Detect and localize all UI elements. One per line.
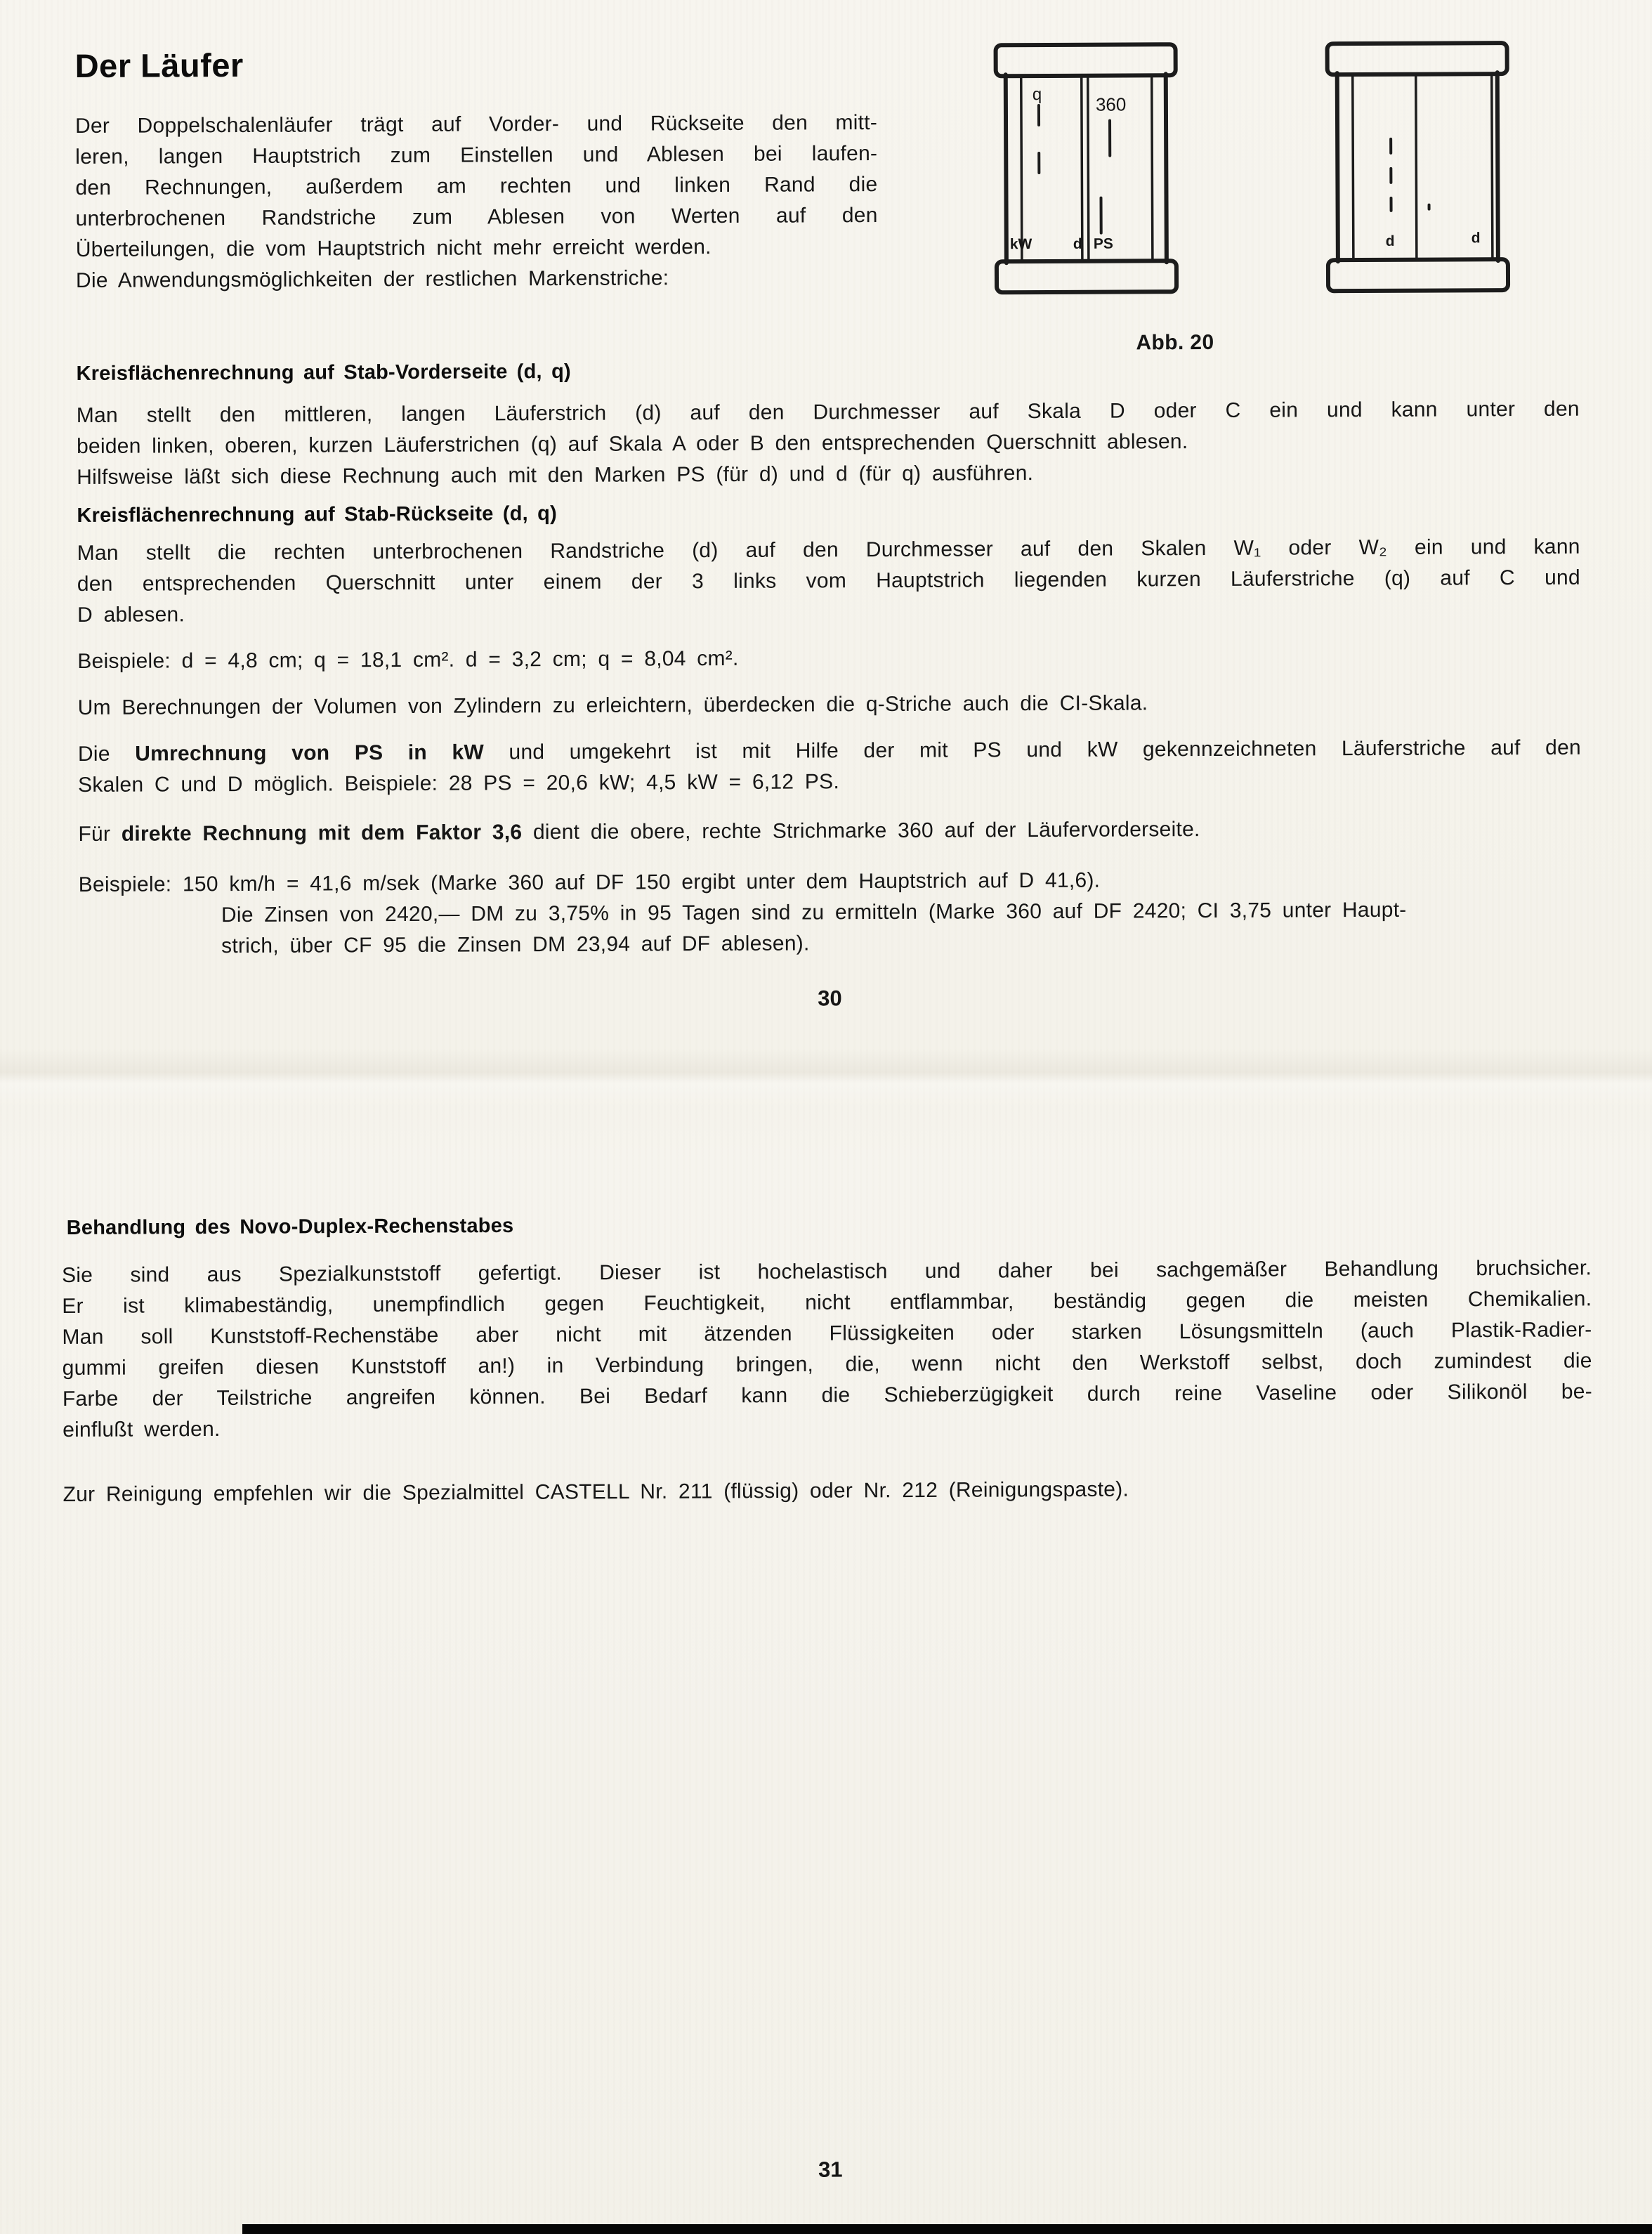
cursor-360-label: 360 (1096, 93, 1127, 115)
page-number-31: 31 (4, 2153, 1652, 2186)
section-heading-vorderseite: Kreisflächenrechnung auf Stab-Vorderseit… (77, 360, 571, 386)
text-line: Hilfsweise läßt sich diese Rechnung auch… (77, 456, 1580, 493)
section-heading-rueckseite: Kreisflächenrechnung auf Stab-Rückseite … (77, 502, 557, 528)
text-line: Die Anwendungsmöglichkeiten der restlich… (76, 262, 878, 296)
behandlung-paragraph: Sie sind aus Spezialkunststoff gefertigt… (62, 1253, 1592, 1446)
volumen-line: Um Berechnungen der Volumen von Zylinder… (78, 686, 1581, 724)
page-number-30: 30 (4, 982, 1652, 1014)
text-line: Man stellt den mittleren, langen Läufers… (77, 394, 1580, 431)
text-line: D ablesen. (77, 594, 1580, 631)
text-line: Um Berechnungen der Volumen von Zylinder… (78, 686, 1581, 724)
rueckseite-paragraph: Man stellt die rechten unterbrochenen Ra… (77, 532, 1581, 631)
text-line: Der Doppelschalenläufer trägt auf Vorder… (75, 107, 877, 142)
text-line: den Rechnungen, außerdem am rechten und … (75, 169, 877, 204)
cursor-d-right-label: d (1471, 230, 1481, 246)
cursor-kw-label: kW (1010, 236, 1032, 252)
section-heading-behandlung: Behandlung des Novo-Duplex-Rechenstabes (67, 1215, 514, 1240)
cursor-q-label: q (1032, 85, 1042, 104)
text-line: Skalen C und D möglich. Beispiele: 28 PS… (78, 764, 1581, 801)
zinsen-paragraph: Die Zinsen von 2420,— DM zu 3,75% in 95 … (221, 894, 1584, 962)
text-line: Zur Reinigung empfehlen wir die Spezialm… (63, 1472, 1592, 1510)
figure-caption: Abb. 20 (1136, 331, 1214, 355)
scanned-manual-page: { "page": { "title": "Der Läufer", "page… (0, 0, 1652, 2234)
cursor-front-diagram: q 360 kW d PS (991, 34, 1182, 303)
intro-paragraph: Der Doppelschalenläufer trägt auf Vorder… (75, 107, 878, 296)
page-31-region: Behandlung des Novo-Duplex-Rechenstabes … (0, 1116, 1652, 2234)
text-line: Für direkte Rechnung mit dem Faktor 3,6 … (78, 813, 1581, 850)
reinigung-line: Zur Reinigung empfehlen wir die Spezialm… (63, 1472, 1592, 1510)
text-line: Überteilungen, die vom Hauptstrich nicht… (76, 231, 878, 266)
text-line: Beispiele: d = 4,8 cm; q = 18,1 cm². d =… (77, 640, 1580, 677)
text-line: Die Zinsen von 2420,— DM zu 3,75% in 95 … (221, 894, 1584, 931)
text-line: leren, langen Hauptstrich zum Einstellen… (75, 138, 877, 173)
text-line: Die Umrechnung von PS in kW und umgekehr… (78, 733, 1581, 770)
cursor-ps-label: PS (1094, 236, 1113, 252)
vorderseite-paragraph: Man stellt den mittleren, langen Läufers… (77, 394, 1580, 493)
text-line: den entsprechenden Querschnitt unter ein… (77, 563, 1580, 600)
text-line: strich, über CF 95 die Zinsen DM 23,94 a… (221, 925, 1584, 962)
umrechnung-paragraph: Die Umrechnung von PS in kW und umgekehr… (78, 733, 1581, 801)
cursor-d-label: d (1073, 236, 1082, 252)
scan-edge-bar (242, 2224, 1652, 2234)
text-line: unterbrochenen Randstriche zum Ablesen v… (76, 200, 878, 235)
cursor-d-left-label: d (1386, 233, 1395, 249)
page-title: Der Läufer (75, 46, 244, 85)
page-30-region: Der Läufer Der Doppelschalenläufer trägt… (0, 0, 1652, 1124)
beispiele-flaeche-line: Beispiele: d = 4,8 cm; q = 18,1 cm². d =… (77, 640, 1580, 677)
faktor-line: Für direkte Rechnung mit dem Faktor 3,6 … (78, 813, 1581, 850)
cursor-back-diagram: d d (1323, 33, 1514, 302)
